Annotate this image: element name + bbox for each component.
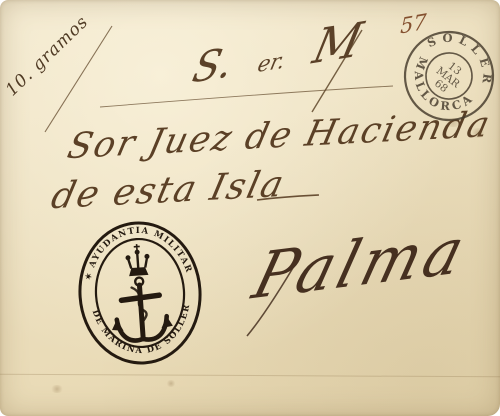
foxing-spot <box>166 380 176 387</box>
foxing-spot <box>50 385 64 393</box>
oval-seal: ✶ AYUDANTIA MILITAR DE MARINA DE SOLLER <box>75 219 205 367</box>
svg-text:SOLLER: SOLLER <box>421 20 500 95</box>
foxing-spot <box>470 128 486 138</box>
circular-datestamp: SOLLER MALLORCA 13 MAR 68 <box>393 20 500 132</box>
datestamp-town: SOLLER <box>421 20 500 95</box>
scanned-postal-cover: 10. gramos 57 S. er. M Sor Juez de Hacie… <box>0 0 500 416</box>
foxing-spot <box>443 118 463 127</box>
salutation-part-2: er. <box>255 48 287 77</box>
anchor-icon <box>108 275 173 342</box>
crown-icon <box>125 243 150 276</box>
